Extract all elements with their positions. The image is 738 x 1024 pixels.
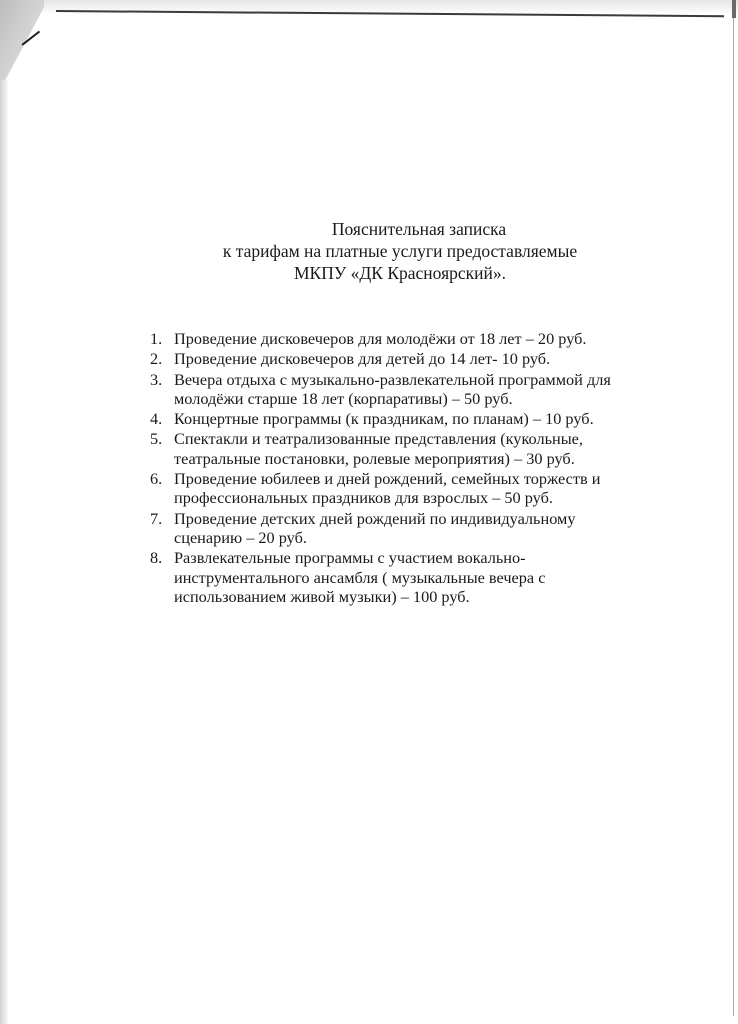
item-line: Проведение дисковечеров для детей до 14 … [174, 349, 630, 368]
tariff-item: 8. Развлекательные программы с участием … [150, 548, 630, 606]
item-line: профессиональных праздников для взрослых… [174, 488, 630, 507]
item-number: 4. [150, 409, 174, 428]
item-line: Концертные программы (к праздникам, по п… [174, 409, 630, 428]
item-line: молодёжи старше 18 лет (корпаративы) – 5… [174, 389, 630, 408]
subtitle-line: к тарифам на платные услуги предоставляе… [0, 240, 738, 262]
item-line: Проведение юбилеев и дней рождений, семе… [174, 469, 630, 488]
item-line: Проведение детских дней рождений по инди… [174, 509, 630, 528]
tariff-item: 1. Проведение дисковечеров для молодёжи … [150, 329, 630, 348]
item-line: театральные постановки, ролевые мероприя… [174, 449, 630, 468]
organization-line: МКПУ «ДК Красноярский». [0, 262, 738, 284]
item-text: Концертные программы (к праздникам, по п… [174, 409, 630, 428]
item-text: Проведение юбилеев и дней рождений, семе… [174, 469, 630, 508]
scan-corner-mark [732, 0, 736, 18]
item-line: Проведение дисковечеров для молодёжи от … [174, 329, 630, 348]
tariff-item: 6. Проведение юбилеев и дней рождений, с… [150, 469, 630, 508]
tariff-item: 4. Концертные программы (к праздникам, п… [150, 409, 630, 428]
item-line: Вечера отдыха с музыкально-развлекательн… [174, 370, 630, 389]
item-text: Развлекательные программы с участием вок… [174, 548, 630, 606]
item-line: инструментального ансамбля ( музыкальные… [174, 568, 630, 587]
document-title: Пояснительная записка к тарифам на платн… [0, 218, 738, 284]
item-line: сценарию – 20 руб. [174, 528, 630, 547]
item-line: использованием живой музыки) – 100 руб. [174, 587, 630, 606]
tariff-item: 2. Проведение дисковечеров для детей до … [150, 349, 630, 368]
item-text: Проведение детских дней рождений по инди… [174, 509, 630, 548]
tariff-list: 1. Проведение дисковечеров для молодёжи … [150, 329, 630, 607]
item-number: 1. [150, 329, 174, 348]
item-number: 7. [150, 509, 174, 528]
tariff-item: 7. Проведение детских дней рождений по и… [150, 509, 630, 548]
title-line: Пояснительная записка [0, 218, 738, 240]
tariff-item: 3. Вечера отдыха с музыкально-развлекате… [150, 370, 630, 409]
item-line: Развлекательные программы с участием вок… [174, 548, 630, 567]
scan-page-edge-right [733, 16, 734, 1016]
item-text: Проведение дисковечеров для молодёжи от … [174, 329, 630, 348]
item-number: 5. [150, 429, 174, 448]
item-text: Вечера отдыха с музыкально-развлекательн… [174, 370, 630, 409]
item-text: Спектакли и театрализованные представлен… [174, 429, 630, 468]
item-line: Спектакли и театрализованные представлен… [174, 429, 630, 448]
item-number: 6. [150, 469, 174, 488]
item-text: Проведение дисковечеров для детей до 14 … [174, 349, 630, 368]
item-number: 3. [150, 370, 174, 389]
tariff-item: 5. Спектакли и театрализованные представ… [150, 429, 630, 468]
item-number: 8. [150, 548, 174, 567]
item-number: 2. [150, 349, 174, 368]
